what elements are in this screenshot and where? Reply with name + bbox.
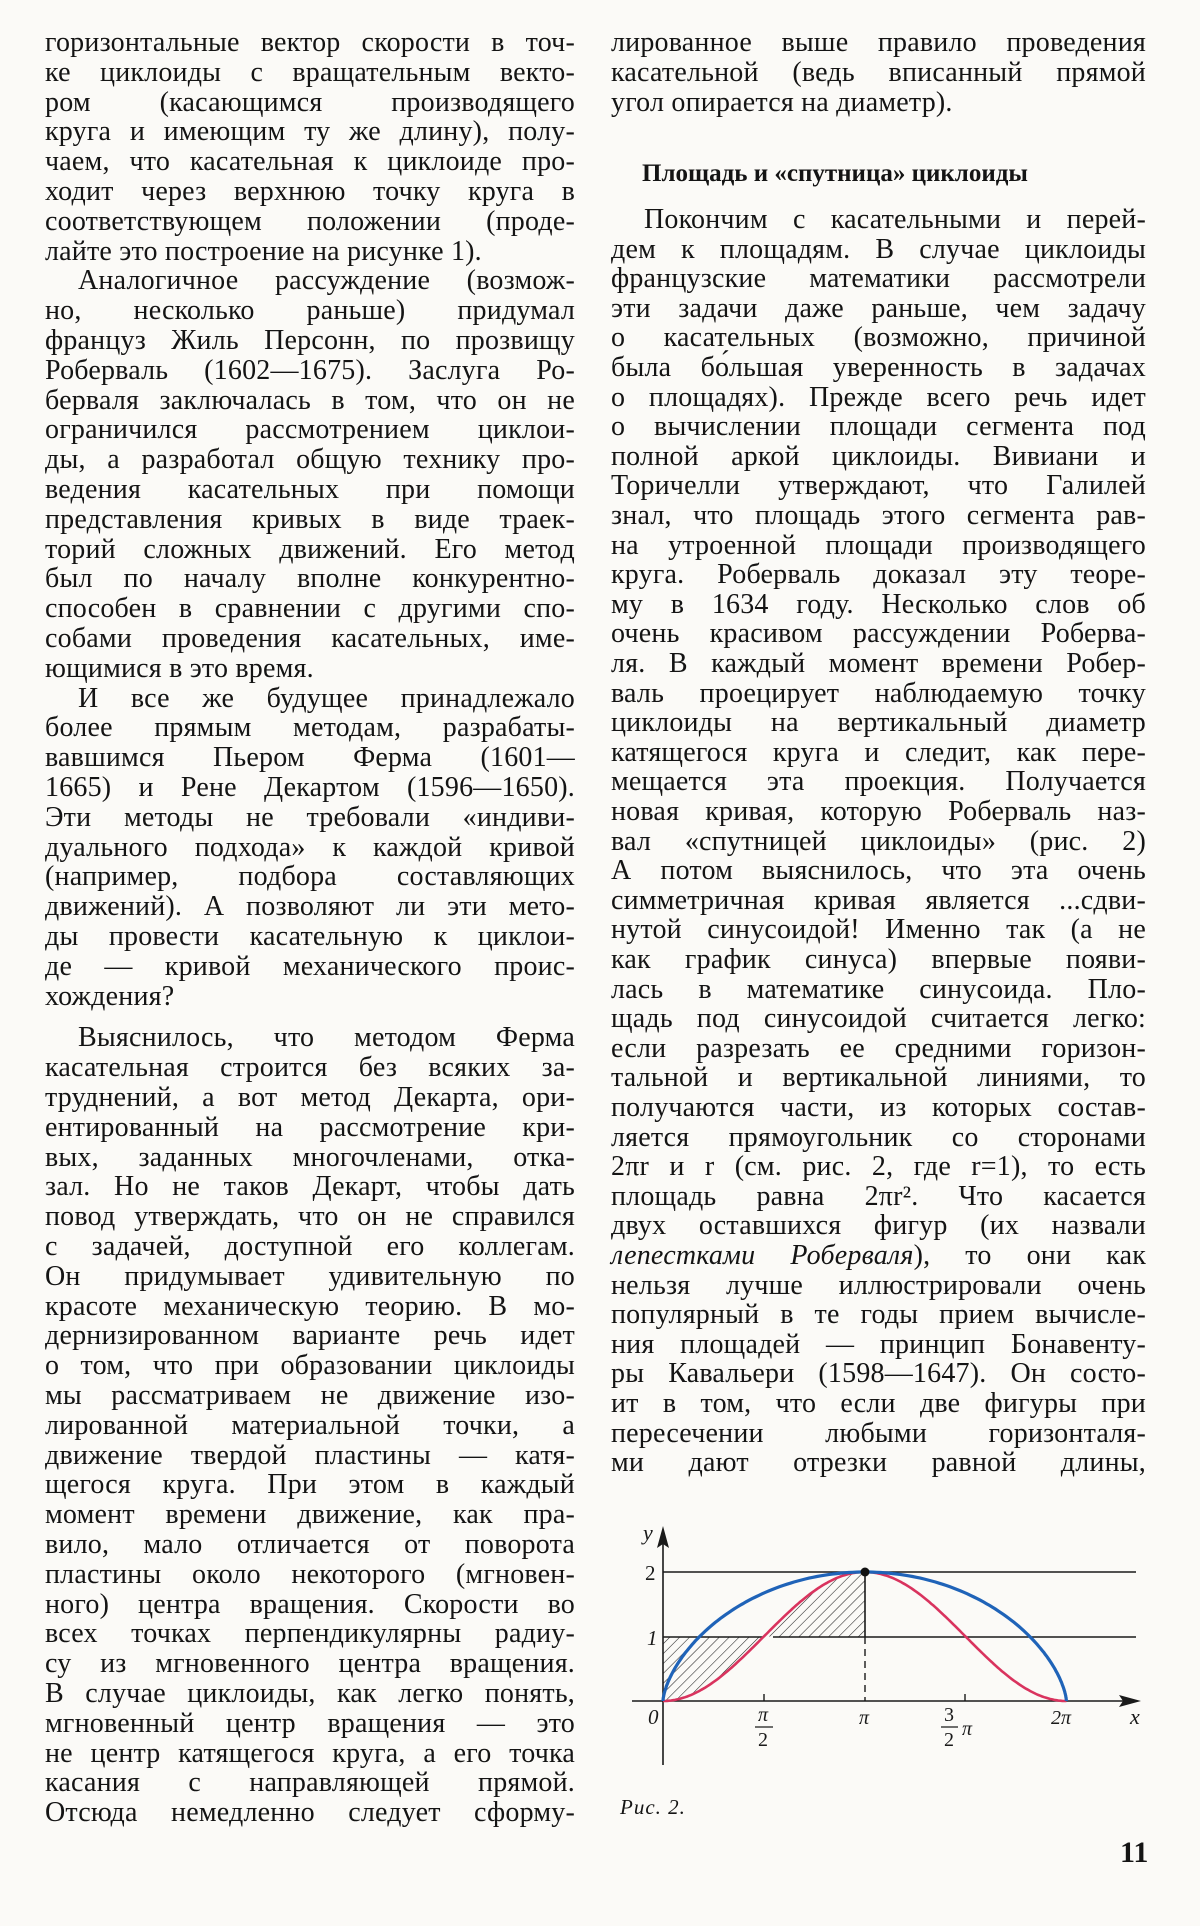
text-line: собами проведения касательных, име- [45, 624, 575, 654]
text-line: ведения касательных при помощи [45, 475, 575, 505]
x-tick-2pi: 2π [1051, 1707, 1072, 1729]
text-line: популярный в те годы прием вычисле- [611, 1300, 1146, 1330]
text-line: ми дают отрезки равной длины, [611, 1448, 1146, 1478]
text-line: площадь равна 2πr². Что касается [611, 1182, 1146, 1212]
text-line: дернизированном варианте речь идет [45, 1321, 575, 1351]
text-line: циклоиды на вертикальный диаметр [611, 708, 1146, 738]
text-line: на утроенной площади производящего [611, 531, 1146, 561]
text-line: су из мгновенного центра вращения. [45, 1649, 575, 1679]
text-line: движение твердой пластины — катя- [45, 1441, 575, 1471]
text-line: катящегося круга и следит, как пере- [611, 738, 1146, 768]
text-line: нельзя лучше иллюстрировали очень [611, 1271, 1146, 1301]
text-line: не центр катящегося круга, а его точка [45, 1739, 575, 1769]
text-line: Роберваль (1602—1675). Заслуга Ро- [45, 356, 575, 386]
text-line: нутой синусоидой! Именно так (а не [611, 915, 1146, 945]
text-line: дуального подхода» к каждой кривой [45, 833, 575, 863]
text-line: лированной материальной точки, а [45, 1411, 575, 1441]
text-line: вых, заданных многочленами, отка- [45, 1143, 575, 1173]
x-tick-3pi2-suffix: π [962, 1718, 973, 1740]
text-line: вавшимся Пьером Ферма (1601— [45, 743, 575, 773]
text-line: была бо́льшая уверенность в задачах [611, 353, 1146, 383]
text-line: мгновенный центр вращения — это [45, 1709, 575, 1739]
hatched-petal-left [663, 1637, 764, 1702]
text-line: ды провести касательную к циклои- [45, 922, 575, 952]
text-line: ходит через верхнюю точку круга в [45, 177, 575, 207]
text-line: симметричная кривая является ...сдви- [611, 886, 1146, 916]
text-line: о площадях). Прежде всего речь идет [611, 383, 1146, 413]
text-line: мещается эта проекция. Получается [611, 767, 1146, 797]
text-line: представления кривых в виде траек- [45, 505, 575, 535]
text-line: торий сложных движений. Его метод [45, 535, 575, 565]
text-line: вал «спутницей циклоиды» (рис. 2) [611, 827, 1146, 857]
text-line: о касательных (возможно, причиной [611, 323, 1146, 353]
text-line: горизонтальные вектор скорости в точ- [45, 28, 575, 58]
text-line: был по началу вполне конкурентно- [45, 564, 575, 594]
x-axis-label: x [1129, 1704, 1140, 1729]
text-line: угол опирается на диаметр). [611, 88, 1146, 118]
text-line: более прямым методам, разрабаты- [45, 713, 575, 743]
text-line: труднений, а вот метод Декарта, ори- [45, 1083, 575, 1113]
text-line: Отсюда немедленно следует сформу- [45, 1798, 575, 1828]
text-line: момент времени движение, как пра- [45, 1500, 575, 1530]
text-line: ограничился рассмотрением циклои- [45, 415, 575, 445]
text-line: ния площадей — принцип Бонавенту- [611, 1330, 1146, 1360]
text-line: соответствующем положении (проде- [45, 207, 575, 237]
text-line: Эти методы не требовали «индиви- [45, 803, 575, 833]
text-line: эти задачи даже раньше, чем задачу [611, 294, 1146, 324]
text-line: ного) центра вращения. Скорости во [45, 1590, 575, 1620]
figure-caption: Рис. 2. [620, 1795, 686, 1820]
x-tick-pi: π [859, 1707, 870, 1729]
text-line: касательной (ведь вписанный прямой [611, 58, 1146, 88]
text-line: му в 1634 году. Несколько слов об [611, 590, 1146, 620]
text-line: чаем, что касательная к циклоиде про- [45, 147, 575, 177]
text-line: новая кривая, которую Роберваль наз- [611, 797, 1146, 827]
text-line: вило, мало отличается от поворота [45, 1530, 575, 1560]
cycloid-plot: y 2 1 0 π 2 π 3 2 π 2π x [620, 1510, 1180, 1830]
text-line: дем к площадям. В случае циклоиды [611, 235, 1146, 265]
text-line: полной аркой циклоиды. Вивиани и [611, 442, 1146, 472]
text-line: И все же будущее принадлежало [78, 684, 575, 714]
y-tick-2: 2 [645, 1561, 656, 1585]
y-axis-label: y [641, 1520, 653, 1545]
text-line: Покончим с касательными и перей- [644, 205, 1146, 235]
text-line: Он придумывает удивительную по [45, 1262, 575, 1292]
text-line: лайте это построение на рисунке 1). [45, 237, 575, 267]
apex-point [861, 1568, 870, 1577]
text-line: де — кривой механического проис- [45, 952, 575, 982]
text-line: ля. В каждый момент времени Робер- [611, 649, 1146, 679]
text-line: щадь под синусоидой считается легко: [611, 1004, 1146, 1034]
text-line: пересечении любыми горизонталя- [611, 1419, 1146, 1449]
text-line: если разрезать ее средними горизон- [611, 1034, 1146, 1064]
text-line: касания с направляющей прямой. [45, 1768, 575, 1798]
text-line: лепестками Роберваля), то они как [611, 1241, 1146, 1271]
text-line: тальной и вертикальной линиями, то [611, 1063, 1146, 1093]
page-number: 11 [1120, 1836, 1148, 1870]
x-tick-3pi2-num: 3 [944, 1704, 954, 1726]
text-line: Выяснилось, что методом Ферма [78, 1023, 575, 1053]
text-line: 2πr и r (см. рис. 2, где r=1), то есть [611, 1152, 1146, 1182]
text-line: о вычислении площади сегмента под [611, 412, 1146, 442]
text-line: щегося круга. При этом в каждый [45, 1470, 575, 1500]
text-line: ющимися в это время. [45, 654, 575, 684]
x-tick-pi-half-den: 2 [758, 1729, 768, 1751]
text-line: ит в том, что если две фигуры при [611, 1389, 1146, 1419]
text-line: (например, подбора составляющих [45, 862, 575, 892]
y-tick-1: 1 [647, 1626, 658, 1650]
text-line: зал. Но не таков Декарт, чтобы дать [45, 1172, 575, 1202]
text-line: ке циклоиды с вращательным векто- [45, 58, 575, 88]
text-line: француз Жиль Персонн, по прозвищу [45, 326, 575, 356]
text-line: ляется прямоугольник со сторонами [611, 1123, 1146, 1153]
text-line: ентированный на рассмотрение кри- [45, 1113, 575, 1143]
text-line: круга и имеющим ту же длину), полу- [45, 117, 575, 147]
text-line: ды, а разработал общую технику про- [45, 445, 575, 475]
text-line: двух оставшихся фигур (их назвали [611, 1211, 1146, 1241]
text-line: как график синуса) впервые появи- [611, 945, 1146, 975]
text-line: В случае циклоиды, как легко понять, [45, 1679, 575, 1709]
text-line: знал, что площадь этого сегмента рав- [611, 501, 1146, 531]
text-line: лированное выше правило проведения [611, 28, 1146, 58]
text-line: касательная строится без всяких за- [45, 1053, 575, 1083]
text-line: всех точках перпендикулярны радиу- [45, 1619, 575, 1649]
section-heading: Площадь и «спутница» циклоиды [642, 158, 1028, 190]
text-line: А потом выяснилось, что эта очень [611, 856, 1146, 886]
text-line: красоте механическую теорию. В мо- [45, 1292, 575, 1322]
text-line: о том, что при образовании циклоиды [45, 1351, 575, 1381]
hatched-petal-right [764, 1572, 865, 1637]
text-line: пластины около некоторого (мгновен- [45, 1560, 575, 1590]
text-line: очень красивом рассуждении Роберва- [611, 619, 1146, 649]
text-line: ры Кавальери (1598—1647). Он состо- [611, 1359, 1146, 1389]
text-line: круга. Роберваль доказал эту теоре- [611, 560, 1146, 590]
text-line: берваля заключалась в том, что он не [45, 386, 575, 416]
text-line: валь проецирует наблюдаемую точку [611, 679, 1146, 709]
text-line: способен в сравнении с другими спо- [45, 594, 575, 624]
text-line: получаются части, из которых состав- [611, 1093, 1146, 1123]
text-line: французские математики рассмотрели [611, 264, 1146, 294]
text-line: но, несколько раньше) придумал [45, 296, 575, 326]
x-tick-pi-half-num: π [758, 1704, 769, 1726]
figure-2: y 2 1 0 π 2 π 3 2 π 2π x [620, 1510, 1180, 1830]
text-line: Торичелли утверждают, что Галилей [611, 471, 1146, 501]
text-line: лась в математике синусоида. Пло- [611, 975, 1146, 1005]
text-line: движений). А позволяют ли эти мето- [45, 892, 575, 922]
text-line: ром (касающимся производящего [45, 88, 575, 118]
italic-term: лепестками Роберваля [611, 1240, 914, 1271]
text-line: с задачей, доступной его коллегам. [45, 1232, 575, 1262]
text-line: Аналогичное рассуждение (возмож- [78, 266, 575, 296]
text-line: повод утверждать, что он не справился [45, 1202, 575, 1232]
text-line: 1665) и Рене Декартом (1596—1650). [45, 773, 575, 803]
text-line: хождения? [45, 982, 575, 1012]
text-line: мы рассматриваем не движение изо- [45, 1381, 575, 1411]
x-tick-3pi2-den: 2 [944, 1729, 954, 1751]
origin-label: 0 [648, 1705, 659, 1729]
